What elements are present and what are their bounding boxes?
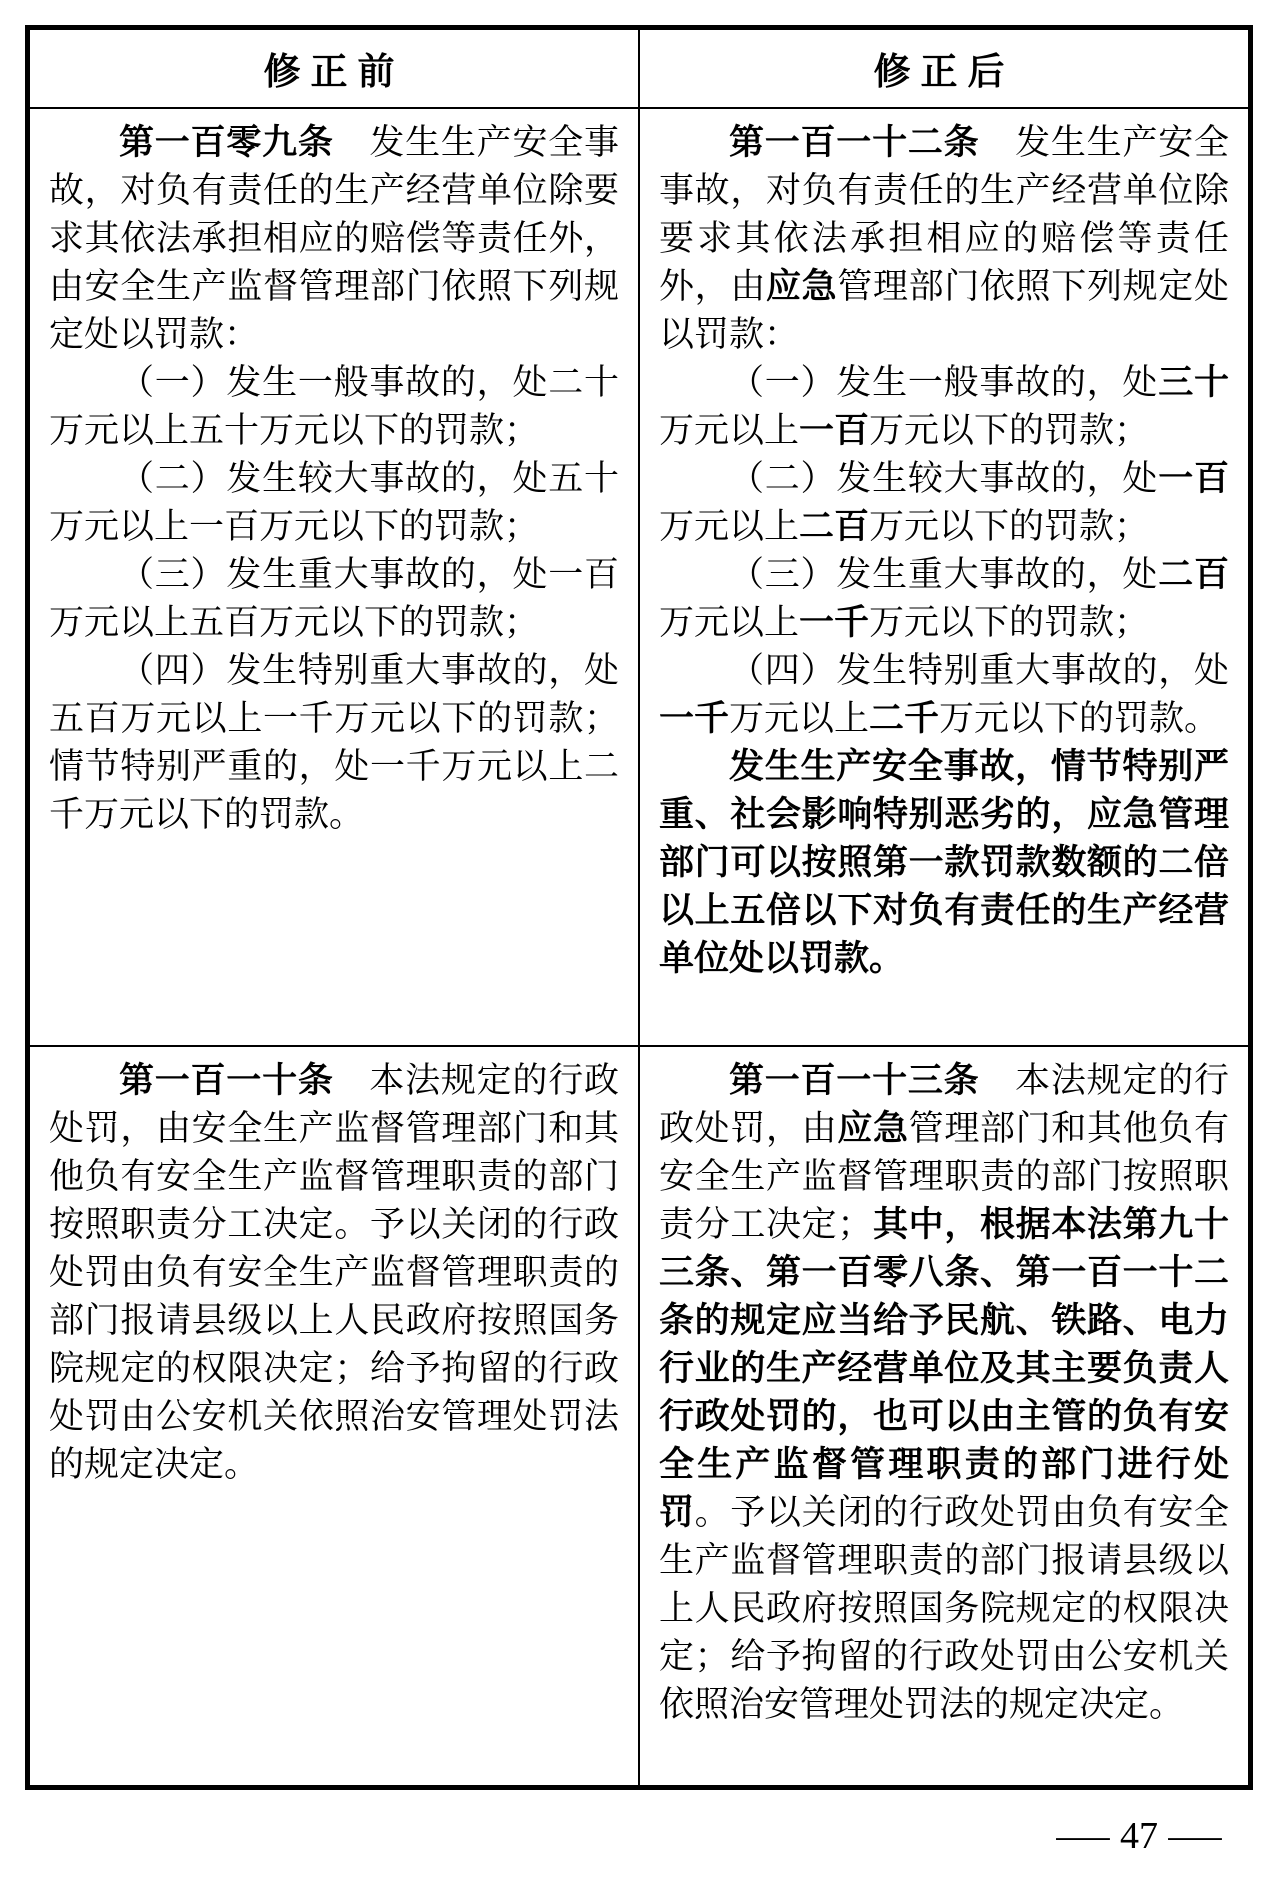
amended-text-run: 应急 [766,267,837,306]
amended-text-run: 二千 [869,699,939,738]
text-run: 万元以上 [729,699,869,738]
paragraph: （四）发生特别重大事故的，处五百万元以上一千万元以下的罚款；情节特别严重的，处一… [49,647,619,839]
text-run: （二）发生较大事故的，处 [729,459,1158,498]
paragraph: （四）发生特别重大事故的，处一千万元以上二千万元以下的罚款。 [659,647,1229,743]
text-run: 万元以下的罚款； [869,603,1149,642]
footer-left-dash: — [1056,1812,1109,1860]
amended-text-run: 发生生产安全事故，情节特别严重、社会影响特别恶劣的，应急管理部门可以按照第一款罚… [659,747,1229,978]
amended-text-run: 第一百一十二条 [729,123,979,162]
column-header-after: 修正后 [639,28,1251,108]
paragraph: 第一百零九条 发生生产安全事故，对负有责任的生产经营单位除要求其依法承担相应的赔… [49,119,619,359]
paragraph: 第一百一十三条 本法规定的行政处罚，由应急管理部门和其他负有安全生产监督管理职责… [659,1057,1229,1729]
paragraph: 发生生产安全事故，情节特别严重、社会影响特别恶劣的，应急管理部门可以按照第一款罚… [659,743,1229,983]
amended-text-run: 第一百一十条 [119,1061,334,1100]
amended-text-run: 其中，根据本法第九十三条、第一百零八条、第一百一十二条的规定应当给予民航、铁路、… [659,1205,1229,1532]
page-number: 47 [1120,1815,1158,1857]
paragraph: （二）发生较大事故的，处一百万元以上二百万元以下的罚款； [659,455,1229,551]
page-footer: —47— [1046,1812,1232,1860]
text-run: 本法规定的行政处罚，由安全生产监督管理部门和其他负有安全生产监督管理职责的部门按… [49,1061,619,1484]
amended-text-run: 一千 [659,699,729,738]
amended-text-run: 应急 [837,1109,908,1148]
paragraph: （三）发生重大事故的，处二百万元以上一千万元以下的罚款； [659,551,1229,647]
table-row: 第一百一十条 本法规定的行政处罚，由安全生产监督管理部门和其他负有安全生产监督管… [28,1046,1251,1788]
cell-article-113-after: 第一百一十三条 本法规定的行政处罚，由应急管理部门和其他负有安全生产监督管理职责… [639,1046,1251,1788]
table-header-row: 修正前 修正后 [28,28,1251,108]
paragraph: （三）发生重大事故的，处一百万元以上五百万元以下的罚款； [49,551,619,647]
footer-right-dash: — [1168,1812,1221,1860]
paragraph: （一）发生一般事故的，处三十万元以上一百万元以下的罚款； [659,359,1229,455]
cell-article-109-before: 第一百零九条 发生生产安全事故，对负有责任的生产经营单位除要求其依法承担相应的赔… [28,108,640,1046]
text-run: （一）发生一般事故的，处 [729,363,1158,402]
text-run: （二）发生较大事故的，处五十万元以上一百万元以下的罚款； [49,459,619,546]
amended-text-run: 二百 [1158,555,1229,594]
amended-text-run: 一百 [1158,459,1229,498]
text-run: 万元以上 [659,507,799,546]
paragraph: 第一百一十二条 发生生产安全事故，对负有责任的生产经营单位除要求其依法承担相应的… [659,119,1229,359]
table-row: 第一百零九条 发生生产安全事故，对负有责任的生产经营单位除要求其依法承担相应的赔… [28,108,1251,1046]
text-run: （四）发生特别重大事故的，处 [729,651,1229,690]
amended-text-run: 二百 [799,507,869,546]
cell-article-110-before: 第一百一十条 本法规定的行政处罚，由安全生产监督管理部门和其他负有安全生产监督管… [28,1046,640,1788]
text-run: （三）发生重大事故的，处一百万元以上五百万元以下的罚款； [49,555,619,642]
text-run: 万元以下的罚款； [869,411,1149,450]
amended-text-run: 一千 [799,603,869,642]
text-run: （四）发生特别重大事故的，处五百万元以上一千万元以下的罚款；情节特别严重的，处一… [49,651,619,834]
text-run: 万元以下的罚款。 [939,699,1219,738]
cell-article-112-after: 第一百一十二条 发生生产安全事故，对负有责任的生产经营单位除要求其依法承担相应的… [639,108,1251,1046]
amended-text-run: 第一百一十三条 [729,1061,979,1100]
document-page: 修正前 修正后 第一百零九条 发生生产安全事故，对负有责任的生产经营单位除要求其… [0,0,1278,1889]
text-run: 。予以关闭的行政处罚由负有安全生产监督管理职责的部门报请县级以上人民政府按照国务… [659,1493,1229,1724]
text-run: 万元以上 [659,603,799,642]
column-header-before: 修正前 [28,28,640,108]
amended-text-run: 第一百零九条 [119,123,334,162]
paragraph: 第一百一十条 本法规定的行政处罚，由安全生产监督管理部门和其他负有安全生产监督管… [49,1057,619,1489]
text-run: （一）发生一般事故的，处二十万元以上五十万元以下的罚款； [49,363,619,450]
amendment-comparison-table: 修正前 修正后 第一百零九条 发生生产安全事故，对负有责任的生产经营单位除要求其… [25,25,1253,1790]
text-run: 万元以下的罚款； [869,507,1149,546]
text-run: 万元以上 [659,411,799,450]
amended-text-run: 三十 [1158,363,1229,402]
text-run: （三）发生重大事故的，处 [729,555,1158,594]
paragraph: （一）发生一般事故的，处二十万元以上五十万元以下的罚款； [49,359,619,455]
amended-text-run: 一百 [799,411,869,450]
paragraph: （二）发生较大事故的，处五十万元以上一百万元以下的罚款； [49,455,619,551]
